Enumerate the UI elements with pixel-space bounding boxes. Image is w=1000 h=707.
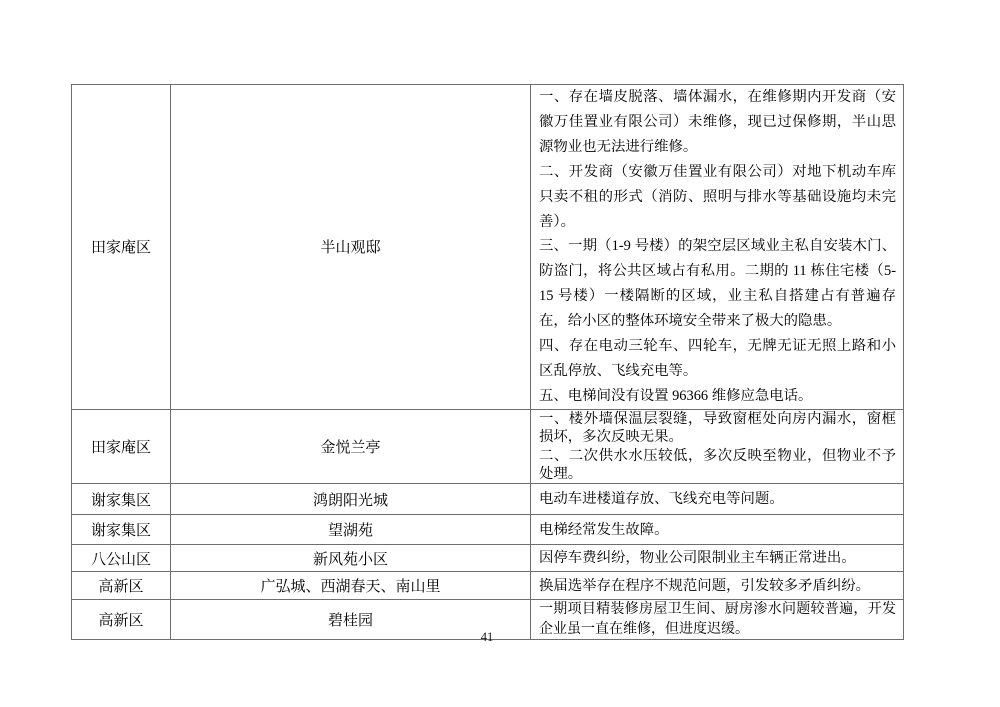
document-page: 田家庵区 半山观邸 一、存在墙皮脱落、墙体漏水，在维修期内开发商（安徽万佳置业有…: [0, 0, 1000, 707]
issues-cell: 一、存在墙皮脱落、墙体漏水，在维修期内开发商（安徽万佳置业有限公司）未维修，现已…: [531, 85, 904, 410]
district-cell: 八公山区: [72, 545, 171, 572]
table-row: 田家庵区 金悦兰亭 一、楼外墙保温层裂缝，导致窗框处向房内漏水，窗框损坏，多次反…: [72, 409, 904, 484]
issues-cell: 换届选举存在程序不规范问题，引发较多矛盾纠纷。: [531, 572, 904, 600]
issues-cell: 电动车进楼道存放、飞线充电等问题。: [531, 484, 904, 515]
community-cell: 金悦兰亭: [171, 409, 531, 484]
table-row: 谢家集区 望湖苑 电梯经常发生故障。: [72, 515, 904, 545]
community-issues-table: 田家庵区 半山观邸 一、存在墙皮脱落、墙体漏水，在维修期内开发商（安徽万佳置业有…: [71, 84, 904, 640]
table-row: 谢家集区 鸿朗阳光城 电动车进楼道存放、飞线充电等问题。: [72, 484, 904, 515]
table-row: 八公山区 新风苑小区 因停车费纠纷，物业公司限制业主车辆正常进出。: [72, 545, 904, 572]
district-cell: 田家庵区: [72, 409, 171, 484]
district-cell: 谢家集区: [72, 484, 171, 515]
table-row: 田家庵区 半山观邸 一、存在墙皮脱落、墙体漏水，在维修期内开发商（安徽万佳置业有…: [72, 85, 904, 410]
community-cell: 鸿朗阳光城: [171, 484, 531, 515]
issues-cell: 电梯经常发生故障。: [531, 515, 904, 545]
issues-cell: 一、楼外墙保温层裂缝，导致窗框处向房内漏水，窗框损坏，多次反映无果。 二、二次供…: [531, 409, 904, 484]
community-cell: 新风苑小区: [171, 545, 531, 572]
issues-cell: 因停车费纠纷，物业公司限制业主车辆正常进出。: [531, 545, 904, 572]
district-cell: 高新区: [72, 572, 171, 600]
district-cell: 谢家集区: [72, 515, 171, 545]
table-row: 高新区 广弘城、西湖春天、南山里 换届选举存在程序不规范问题，引发较多矛盾纠纷。: [72, 572, 904, 600]
community-cell: 半山观邸: [171, 85, 531, 410]
page-number: 41: [71, 630, 903, 645]
community-cell: 广弘城、西湖春天、南山里: [171, 572, 531, 600]
district-cell: 田家庵区: [72, 85, 171, 410]
community-cell: 望湖苑: [171, 515, 531, 545]
